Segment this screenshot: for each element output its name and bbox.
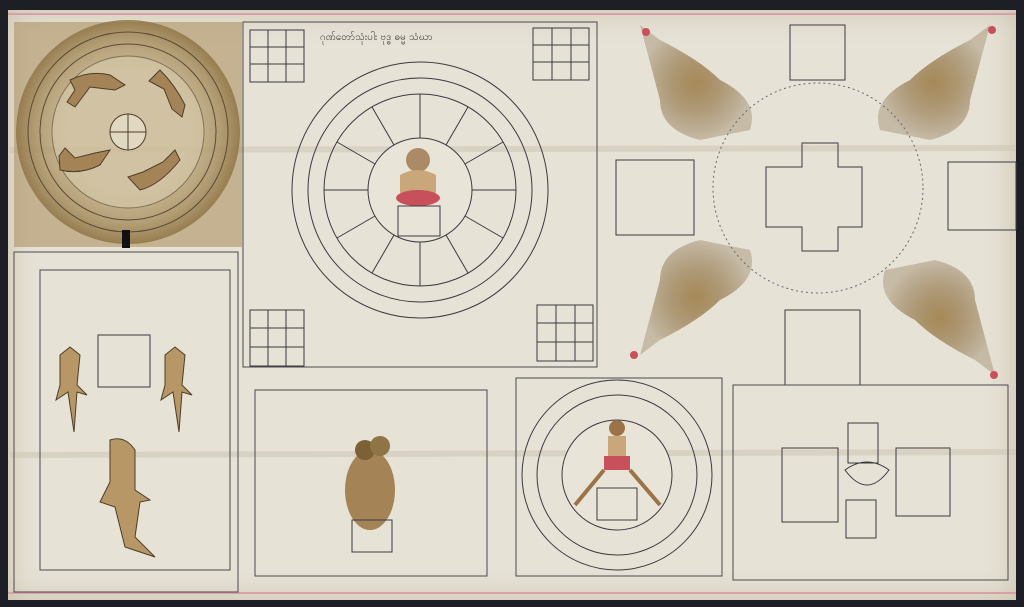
- yantra-drawing: ဂုဏ်တော်သုံးပါး ဗုဒ္ဓ ဓမ္မ သံဃာ: [0, 0, 1024, 607]
- zodiac-wheel-panel: ဂုဏ်တော်သုံးပါး ဗုဒ္ဓ ဓမ္မ သံဃာ: [243, 22, 597, 367]
- couple-panel: [255, 390, 487, 576]
- four-deities-panel: [616, 25, 1016, 385]
- wheel-title-text: ဂုဏ်တော်သုံးပါး ဗုဒ္ဓ ဓမ္မ သံဃာ: [320, 30, 433, 45]
- lizard-panel: [14, 252, 238, 592]
- double-square-panel: [733, 385, 1008, 580]
- deity-figure-icon: [640, 25, 995, 375]
- lizard-circle-panel: [14, 20, 242, 248]
- warrior-circle-panel: [516, 378, 722, 576]
